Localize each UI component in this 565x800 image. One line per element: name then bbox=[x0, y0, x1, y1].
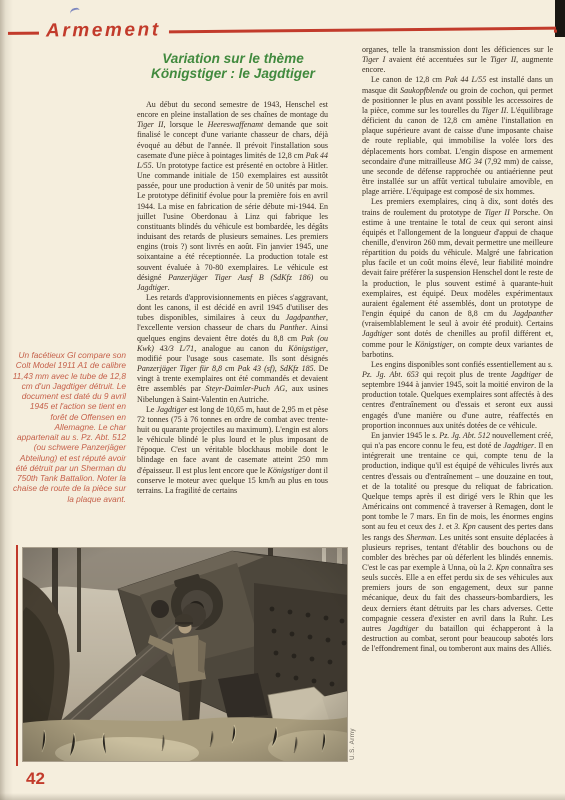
header-dash bbox=[8, 32, 39, 35]
article-title: Variation sur le thème Königstiger : le … bbox=[133, 52, 333, 81]
section-header: Armement bbox=[0, 13, 565, 48]
page-number: 42 bbox=[26, 769, 45, 789]
header-rule bbox=[169, 27, 556, 33]
photo-side-rule bbox=[16, 545, 18, 766]
paragraph: Le Jagdtiger est long de 10,65 m, haut d… bbox=[137, 405, 328, 496]
section-title: Armement bbox=[46, 16, 161, 45]
article-title-line1: Variation sur le thème bbox=[162, 51, 304, 66]
paragraph: En janvier 1945 le s. Pz. Jg. Abt. 512 n… bbox=[362, 431, 553, 654]
photo-caption: Un facétieux GI compare son Colt Model 1… bbox=[12, 350, 126, 504]
paragraph: Les premiers exemplaires, cinq à dix, so… bbox=[362, 197, 553, 360]
paragraph: organes, telle la transmission dont les … bbox=[362, 45, 553, 75]
body-column-left: Au début du second semestre de 1943, Hen… bbox=[137, 100, 328, 544]
photo-credit: U.S. Army bbox=[349, 722, 356, 760]
paragraph: Les engins disponibles sont confiés esse… bbox=[362, 360, 553, 431]
magazine-page: { "page": { "section_label": "Armement",… bbox=[0, 0, 565, 800]
paragraph: Les retards d'approvisionnements en pièc… bbox=[137, 293, 328, 405]
photo-destroyed-jagdtiger bbox=[22, 547, 348, 762]
paragraph: Le canon de 12,8 cm Pak 44 L/55 est inst… bbox=[362, 75, 553, 197]
header-rule-end bbox=[554, 30, 557, 33]
paragraph: Au début du second semestre de 1943, Hen… bbox=[137, 100, 328, 293]
body-column-right: organes, telle la transmission dont les … bbox=[362, 45, 553, 759]
article-title-line2: Königstiger : le Jagdtiger bbox=[151, 66, 315, 81]
jagdtiger-photo-illustration bbox=[22, 547, 348, 762]
scan-edge-bottom bbox=[0, 793, 565, 800]
